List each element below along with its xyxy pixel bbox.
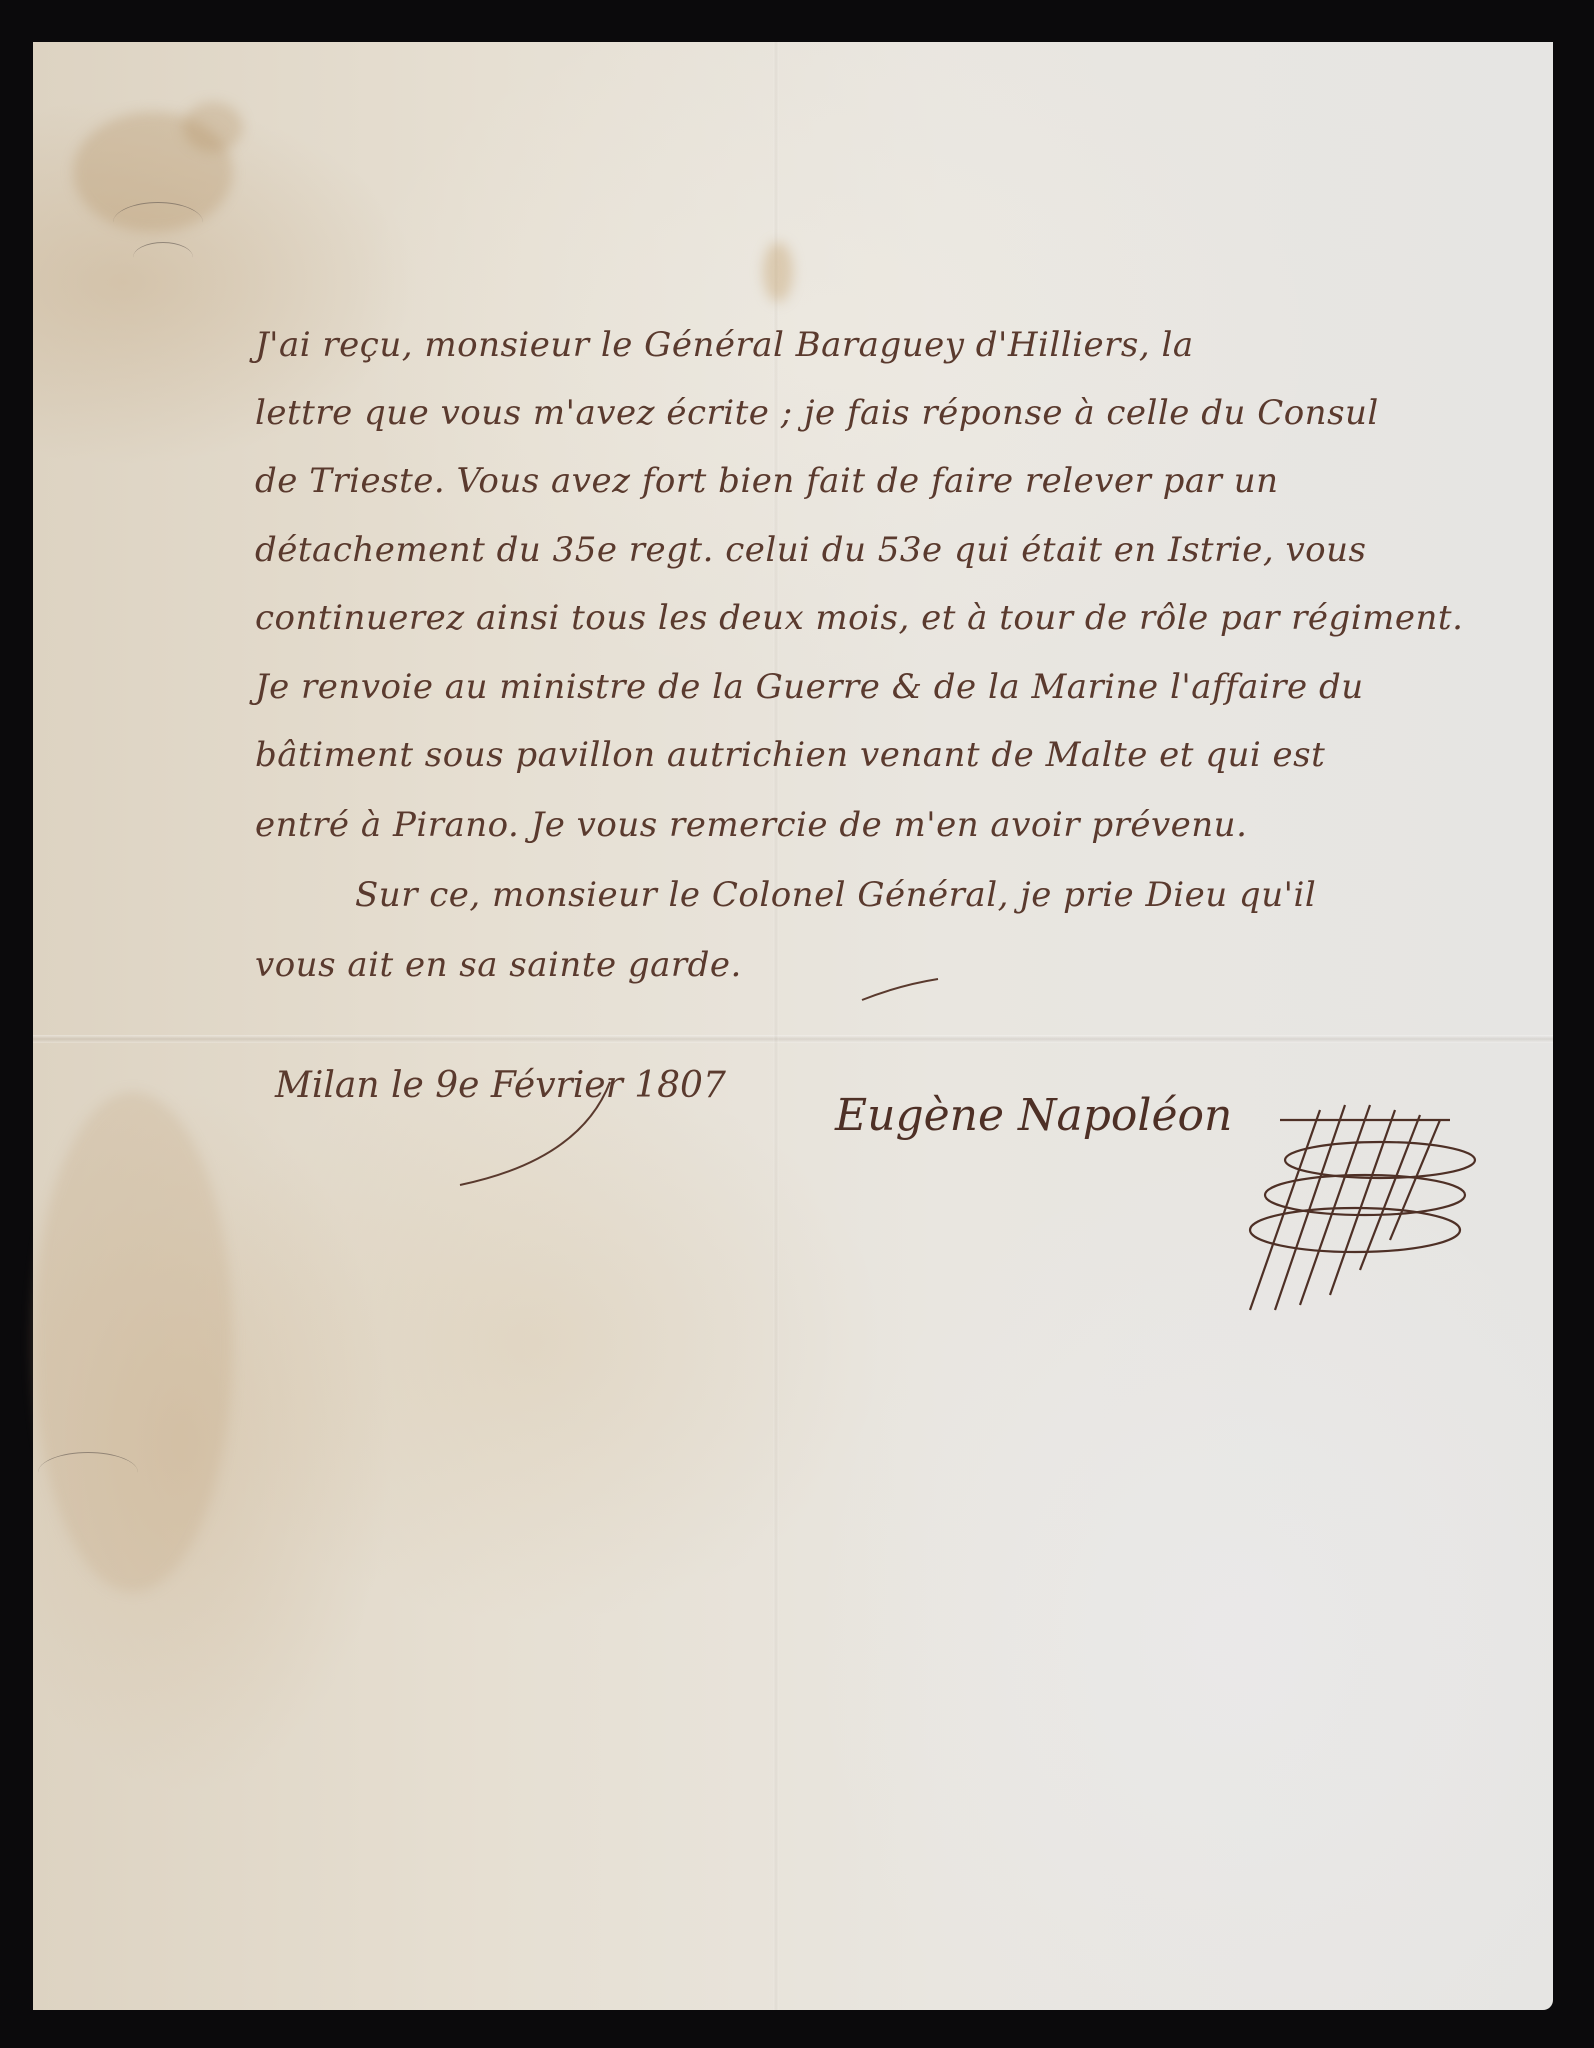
paper-crack [38, 1452, 138, 1493]
body-line: continuerez ainsi tous les deux mois, et… [255, 598, 1463, 638]
body-line: Je renvoie au ministre de la Guerre & de… [255, 667, 1364, 707]
stain [183, 102, 243, 152]
body-line: Sur ce, monsieur le Colonel Général, je … [355, 875, 1316, 915]
paper-crack [133, 242, 193, 273]
body-line: lettre que vous m'avez écrite ; je fais … [255, 393, 1379, 433]
horizontal-fold-crease [33, 1035, 1553, 1043]
paper-crack [113, 202, 203, 243]
stain [33, 1092, 233, 1592]
body-line: entré à Pirano. Je vous remercie de m'en… [255, 805, 1247, 845]
stain [763, 242, 793, 302]
signature: Eugène Napoléon [835, 1090, 1232, 1141]
closing-flourish [860, 975, 940, 1005]
body-line: vous ait en sa sainte garde. [255, 945, 742, 985]
body-line: bâtiment sous pavillon autrichien venant… [255, 735, 1325, 775]
body-line: détachement du 35e regt. celui du 53e qu… [255, 530, 1366, 570]
signature-paraph [1190, 1090, 1520, 1320]
body-line: de Trieste. Vous avez fort bien fait de … [255, 461, 1279, 501]
body-line: J'ai reçu, monsieur le Général Baraguey … [255, 325, 1194, 365]
date-flourish [380, 1080, 700, 1190]
